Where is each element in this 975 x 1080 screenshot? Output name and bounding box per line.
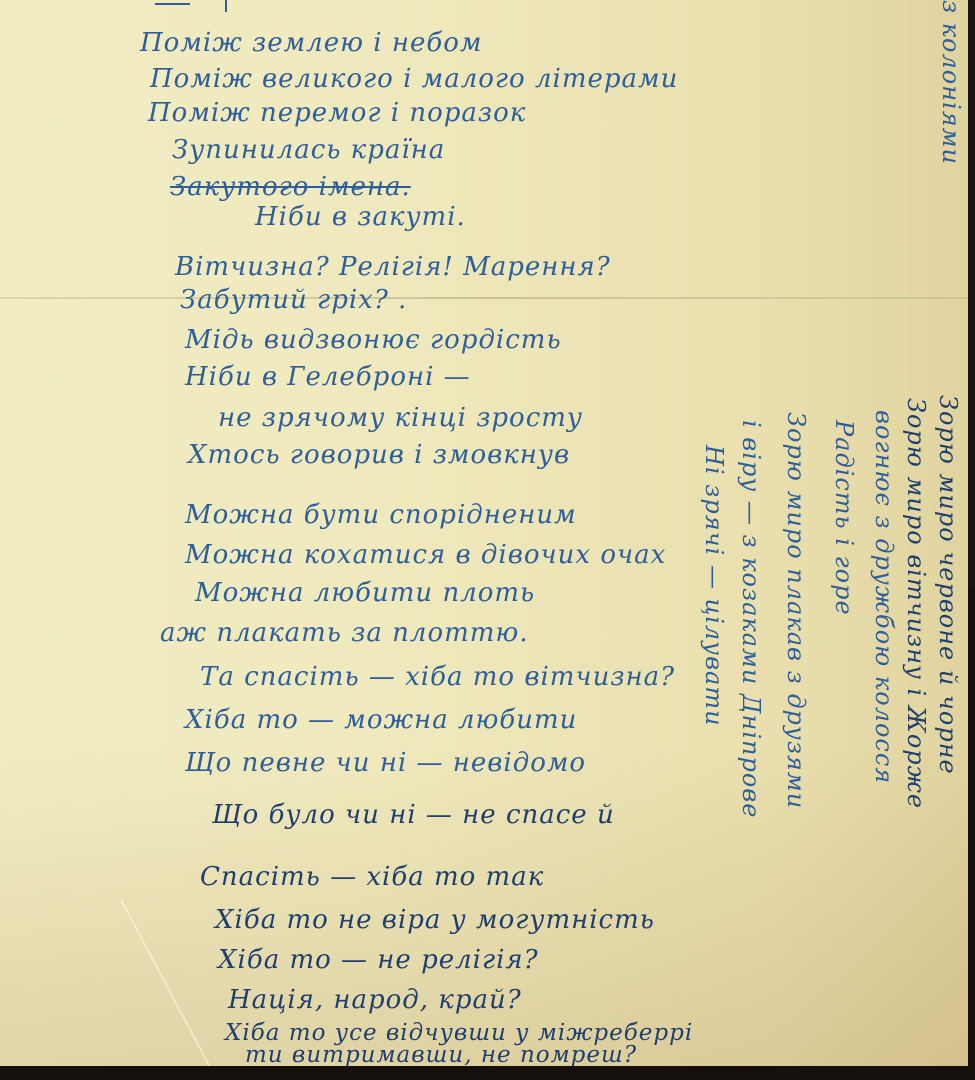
poem-line-11: не зрячому кінці зросту — [218, 403, 583, 433]
poem-line-19: Що певне чи ні — невідомо — [185, 748, 586, 778]
poem-line-1: Поміж землею і небом — [140, 28, 482, 58]
poem-line-13: Можна бути спорідненим — [185, 500, 577, 530]
margin-note-7: Ні зрячі — цілувати — [700, 445, 728, 727]
poem-line-2: Поміж великого і малого літерами — [150, 64, 678, 94]
margin-note-4: Радість і горе — [830, 420, 858, 616]
poem-line-24: Нація, народ, край? — [228, 985, 522, 1015]
ink-dash-mark — [155, 3, 190, 5]
paper-crease — [120, 899, 216, 1077]
margin-note-6: і віру — з козаками Дніпрове — [737, 420, 765, 818]
paper-fold-line — [0, 297, 968, 299]
paper-right-shadow — [968, 590, 975, 1080]
poem-line-20: Що було чи ні — не спасе й — [212, 800, 615, 830]
margin-note-1: Зорю миро червоне й чорне — [934, 395, 962, 775]
margin-note-top-right: з колоніями — [937, 0, 965, 165]
poem-line-16: аж плакать за плоттю. — [160, 618, 529, 648]
poem-line-12: Хтось говорив і змовкнув — [188, 440, 570, 470]
ink-tick-mark — [225, 0, 227, 12]
poem-line-4: Зупинилась країна — [172, 135, 445, 165]
poem-line-9: Мідь видзвонює гордість — [185, 325, 562, 355]
poem-line-5-struck: Закутого імена. — [170, 172, 411, 202]
poem-line-15: Можна любити плоть — [195, 578, 535, 608]
poem-line-6: Ніби в закуті. — [255, 202, 466, 232]
poem-line-10: Ніби в Гелеброні — — [185, 362, 471, 392]
paper-bottom-torn-edge — [0, 1066, 975, 1080]
poem-line-7: Вітчизна? Релігія! Марення? — [175, 252, 611, 282]
poem-line-3: Поміж перемог і поразок — [148, 98, 526, 128]
poem-line-8: Забутий гріх? . — [180, 285, 407, 315]
poem-line-17: Та спасіть — хіба то вітчизна? — [200, 662, 675, 692]
poem-line-18: Хіба то — можна любити — [185, 705, 577, 735]
margin-note-3: вогнює з дружбою колосся — [870, 410, 898, 784]
margin-note-5: Зорю миро плакав з друзями — [782, 412, 810, 809]
margin-note-2: Зорю миро вітчизну і Жорже — [902, 398, 930, 809]
poem-line-23: Хіба то — не релігія? — [218, 945, 539, 975]
manuscript-page: Поміж землею і небом Поміж великого і ма… — [0, 0, 968, 1066]
poem-line-21: Спасіть — хіба то так — [200, 862, 544, 892]
poem-line-22: Хіба то не віра у могутність — [215, 905, 655, 935]
poem-line-14: Можна кохатися в дівочих очах — [185, 540, 666, 570]
